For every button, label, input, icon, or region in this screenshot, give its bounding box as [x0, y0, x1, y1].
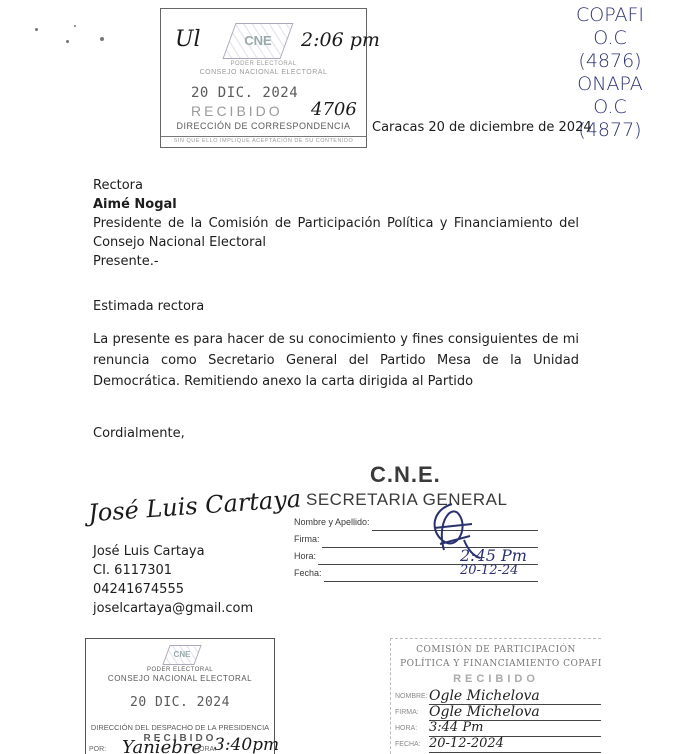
recipient-name: Aimé Nogal — [93, 195, 579, 214]
presente: Presente.- — [93, 252, 579, 271]
presidencia-received-stamp: CNE PODER ELECTORAL CONSEJO NACIONAL ELE… — [85, 638, 275, 754]
scan-speck — [66, 40, 69, 43]
scan-speck — [35, 28, 38, 31]
signer-phone: 04241674555 — [93, 580, 253, 599]
stamp-org-small: PODER ELECTORAL — [161, 61, 366, 67]
handwritten-signature: José Luis Cartaya — [87, 485, 302, 528]
handwritten-time: 2:06 pm — [301, 29, 380, 51]
field-nombre: NOMBRE: Ogle Michelova — [395, 689, 601, 705]
margin-note-line: O.C — [560, 96, 660, 119]
scan-speck — [74, 25, 76, 27]
field-value: 3:44 Pm — [429, 721, 601, 737]
signer-id: CI. 6117301 — [93, 561, 253, 580]
stamp-fields: NOMBRE: Ogle Michelova FIRMA: Ogle Miche… — [395, 689, 601, 753]
margin-note-line: COPAFI — [560, 4, 660, 27]
signer-name: José Luis Cartaya — [93, 542, 253, 561]
stamp-date: 20 DIC. 2024 — [86, 695, 274, 710]
field-hora: HORA: 3:44 Pm — [395, 721, 601, 737]
stamp-department: DIRECCIÓN DE CORRESPONDENCIA — [161, 121, 366, 131]
closing: Cordialmente, — [93, 426, 185, 441]
stamp-por-label: POR: — [89, 746, 106, 753]
field-value: Ogle Michelova — [429, 689, 601, 705]
field-nombre: Nombre y Apellido: — [294, 514, 538, 531]
stamp-fecha-value: 20-12-24 — [460, 563, 518, 578]
margin-note-line: O.C — [560, 27, 660, 50]
recipient-block: Rectora Aimé Nogal Presidente de la Comi… — [93, 176, 579, 271]
stamp-received: RECIBIDO — [391, 673, 601, 685]
field-label: Hora: — [294, 548, 316, 565]
field-value: 20-12-2024 — [429, 737, 601, 753]
stamp-date: 20 DIC. 2024 — [191, 85, 298, 101]
handwritten-initials: Ul — [175, 27, 201, 52]
margin-note-line: (4876) — [560, 50, 660, 73]
stamp-department: DIRECCIÓN DEL DESPACHO DE LA PRESIDENCIA — [86, 723, 274, 732]
field-value: Ogle Michelova — [429, 705, 601, 721]
handwritten-number: 4706 — [311, 99, 357, 120]
place-date: Caracas 20 de diciembre de 2024 — [372, 120, 592, 135]
margin-note-line: ONAPA — [560, 73, 660, 96]
recipient-title: Rectora — [93, 176, 579, 195]
salutation: Estimada rectora — [93, 299, 204, 314]
field-label: Firma: — [294, 531, 320, 548]
field-label: FECHA: — [395, 737, 429, 753]
letter-body: La presente es para hacer de su conocimi… — [93, 329, 579, 392]
cne-logo: CNE — [222, 23, 293, 59]
cne-logo: CNE — [162, 645, 201, 665]
stamp-org-small: PODER ELECTORAL — [86, 667, 274, 673]
secretaria-general-stamp: C.N.E. SECRETARIA GENERAL Nombre y Apell… — [290, 462, 540, 586]
comision-copafi-stamp: COMISIÓN DE PARTICIPACIÓN POLÍTICA Y FIN… — [390, 638, 601, 754]
field-firma: FIRMA: Ogle Michelova — [395, 705, 601, 721]
stamp-org: CONSEJO NACIONAL ELECTORAL — [86, 674, 274, 683]
stamp-line1: COMISIÓN DE PARTICIPACIÓN — [391, 645, 601, 655]
recipient-role: Presidente de la Comisión de Participaci… — [93, 214, 579, 252]
field-label: NOMBRE: — [395, 689, 429, 705]
scan-speck — [100, 37, 104, 41]
cne-logo-text: CNE — [230, 24, 286, 58]
stamp-title: C.N.E. — [370, 462, 441, 488]
stamp-hora-value: 3:40pm — [214, 735, 279, 754]
field-fecha: FECHA: 20-12-2024 — [395, 737, 601, 753]
correspondence-received-stamp: Ul CNE 2:06 pm PODER ELECTORAL CONSEJO N… — [160, 8, 367, 148]
stamp-footer: SIN QUE ELLO IMPLIQUE ACEPTACIÓN DE SU C… — [161, 136, 366, 144]
field-label: FIRMA: — [395, 705, 429, 721]
field-label: Fecha: — [294, 565, 322, 582]
field-label: Nombre y Apellido: — [294, 514, 370, 531]
field-label: HORA: — [395, 721, 429, 737]
signer-email: joselcartaya@gmail.com — [93, 599, 253, 618]
stamp-received: RECIBIDO — [191, 103, 283, 119]
stamp-por-value: Yaniebre — [122, 737, 202, 754]
stamp-org: CONSEJO NACIONAL ELECTORAL — [161, 69, 366, 76]
stamp-hora-label: HORA: — [194, 746, 216, 753]
stamp-line2: POLÍTICA Y FINANCIAMIENTO COPAFI — [391, 659, 611, 669]
cne-logo-text: CNE — [167, 646, 197, 664]
signer-block: José Luis Cartaya CI. 6117301 0424167455… — [93, 542, 253, 618]
